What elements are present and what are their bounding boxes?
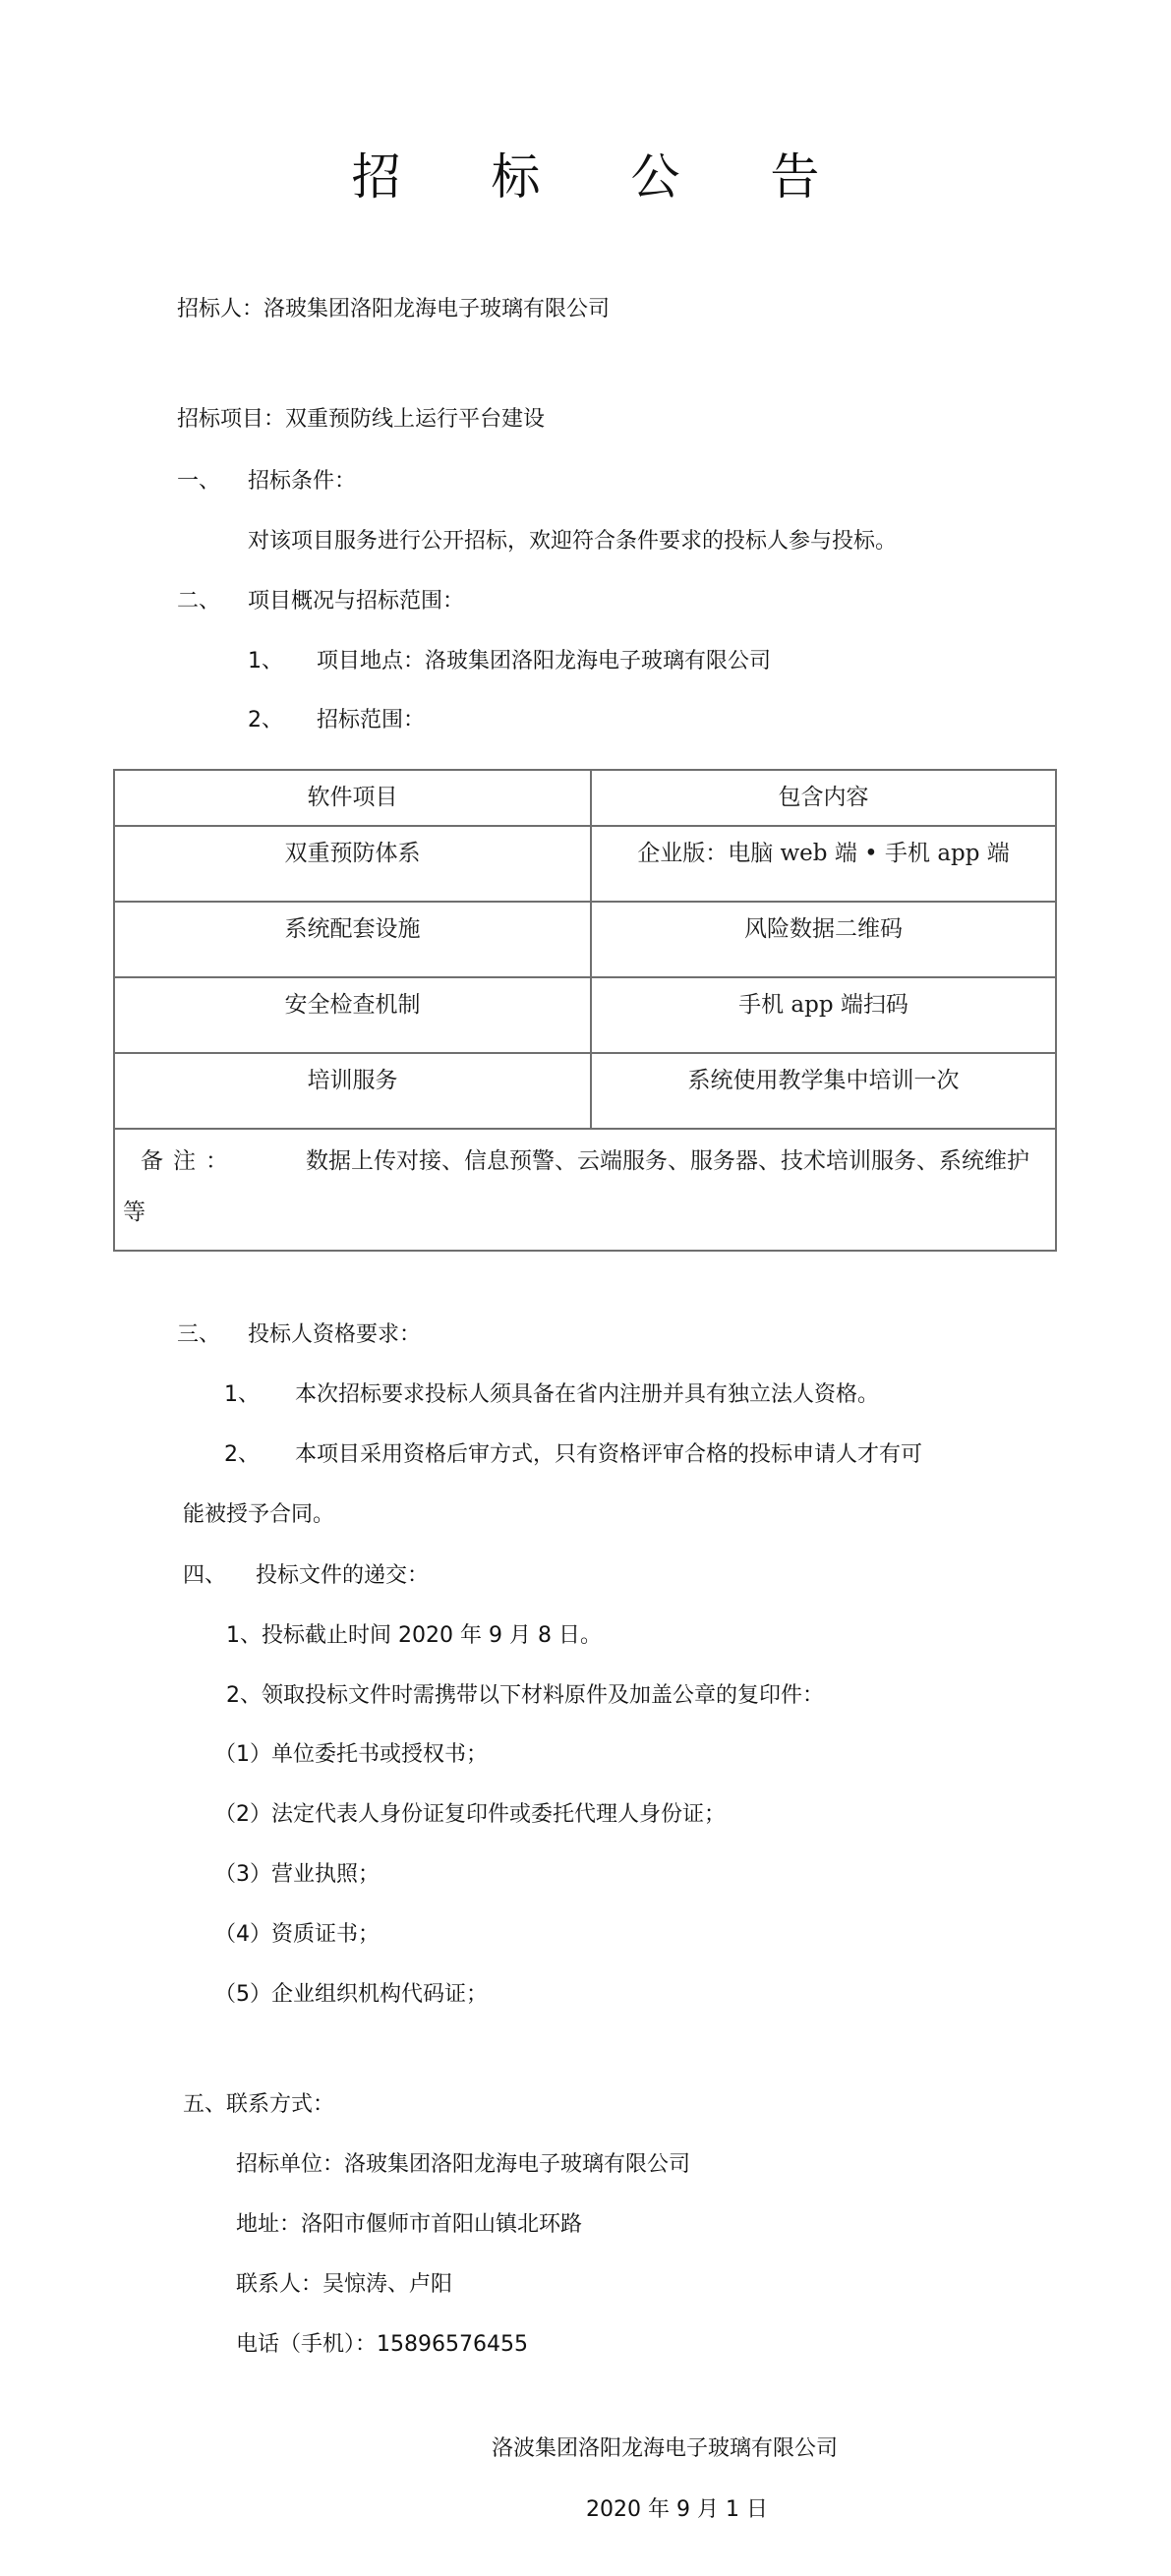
table-row: 培训服务 系统使用教学集中培训一次 [114,1053,1056,1129]
table-cell: 风险数据二维码 [591,902,1056,977]
section-3-num: 三、 [177,1320,220,1350]
table-cell: 手机 app 端扫码 [591,977,1056,1053]
project-label: 招标项目： [177,407,285,432]
table-row: 安全检查机制 手机 app 端扫码 [114,977,1056,1053]
section-4-item-2: 2、领取投标文件时需携带以下材料原件及加盖公章的复印件： [226,1681,824,1711]
material-item: （5）企业组织机构代码证； [214,1980,488,2010]
material-item: （1）单位委托书或授权书； [214,1740,488,1770]
section-4-num: 四、 [183,1561,226,1591]
contact-unit: 招标单位：洛玻集团洛阳龙海电子玻璃有限公司 [236,2150,690,2180]
table-row: 系统配套设施 风险数据二维码 [114,902,1056,977]
table-cell: 系统使用教学集中培训一次 [591,1053,1056,1129]
tenderer-value: 洛玻集团洛阳龙海电子玻璃有限公司 [263,297,610,322]
material-item: （3）营业执照； [214,1860,380,1890]
section-2-item-1-text: 项目地点：洛玻集团洛阳龙海电子玻璃有限公司 [317,647,771,676]
scope-table: 软件项目 包含内容 双重预防体系 企业版：电脑 web 端 • 手机 app 端… [113,769,1057,1252]
signature-org: 洛波集团洛阳龙海电子玻璃有限公司 [492,2434,838,2464]
table-cell: 系统配套设施 [114,902,591,977]
section-1-num: 一、 [177,467,220,497]
section-4-heading: 投标文件的递交： [256,1561,429,1591]
section-2-item-2-text: 招标范围： [317,706,425,735]
section-2-item-1-num: 1、 [248,647,283,676]
table-row: 双重预防体系 企业版：电脑 web 端 • 手机 app 端 [114,826,1056,902]
table-header-cell: 软件项目 [114,770,591,826]
contact-person: 联系人：吴惊涛、卢阳 [236,2270,452,2300]
table-note-cell: 备注：数据上传对接、信息预警、云端服务、服务器、技术培训服务、系统维护等 [114,1129,1056,1251]
page-title: 招 标 公 告 [0,147,1171,206]
table-cell: 安全检查机制 [114,977,591,1053]
section-3-item-2-num: 2、 [224,1440,260,1470]
tenderer-line: 招标人：洛玻集团洛阳龙海电子玻璃有限公司 [177,295,610,324]
contact-phone: 电话（手机）：15896576455 [236,2330,528,2360]
material-item: （2）法定代表人身份证复印件或委托代理人身份证； [214,1800,726,1830]
section-1-heading: 招标条件： [248,467,356,497]
table-header-row: 软件项目 包含内容 [114,770,1056,826]
project-line: 招标项目：双重预防线上运行平台建设 [177,405,545,435]
contact-address: 地址：洛阳市偃师市首阳山镇北环路 [236,2210,582,2240]
note-label: 备注： [123,1136,306,1187]
section-2-num: 二、 [177,587,220,616]
section-2-item-2-num: 2、 [248,706,283,735]
table-cell: 双重预防体系 [114,826,591,902]
section-3-heading: 投标人资格要求： [248,1320,421,1350]
table-note-row: 备注：数据上传对接、信息预警、云端服务、服务器、技术培训服务、系统维护等 [114,1129,1056,1251]
section-1-body: 对该项目服务进行公开招标，欢迎符合条件要求的投标人参与投标。 [248,527,897,556]
section-2-heading: 项目概况与招标范围： [248,587,464,616]
table-cell: 培训服务 [114,1053,591,1129]
material-item: （4）资质证书； [214,1920,380,1950]
section-3-item-2-continuation: 能被授予合同。 [183,1500,334,1530]
section-3-item-1-num: 1、 [224,1380,260,1410]
table-header-cell: 包含内容 [591,770,1056,826]
section-3-item-1-text: 本次招标要求投标人须具备在省内注册并具有独立法人资格。 [295,1380,879,1410]
project-value: 双重预防线上运行平台建设 [285,407,545,432]
section-4-item-1: 1、投标截止时间 2020 年 9 月 8 日。 [226,1621,602,1651]
tenderer-label: 招标人： [177,297,263,322]
section-3-item-2-text: 本项目采用资格后审方式，只有资格评审合格的投标申请人才有可 [295,1440,922,1470]
table-cell: 企业版：电脑 web 端 • 手机 app 端 [591,826,1056,902]
signature-date: 2020 年 9 月 1 日 [586,2495,768,2525]
section-5-heading: 五、联系方式： [183,2090,334,2120]
